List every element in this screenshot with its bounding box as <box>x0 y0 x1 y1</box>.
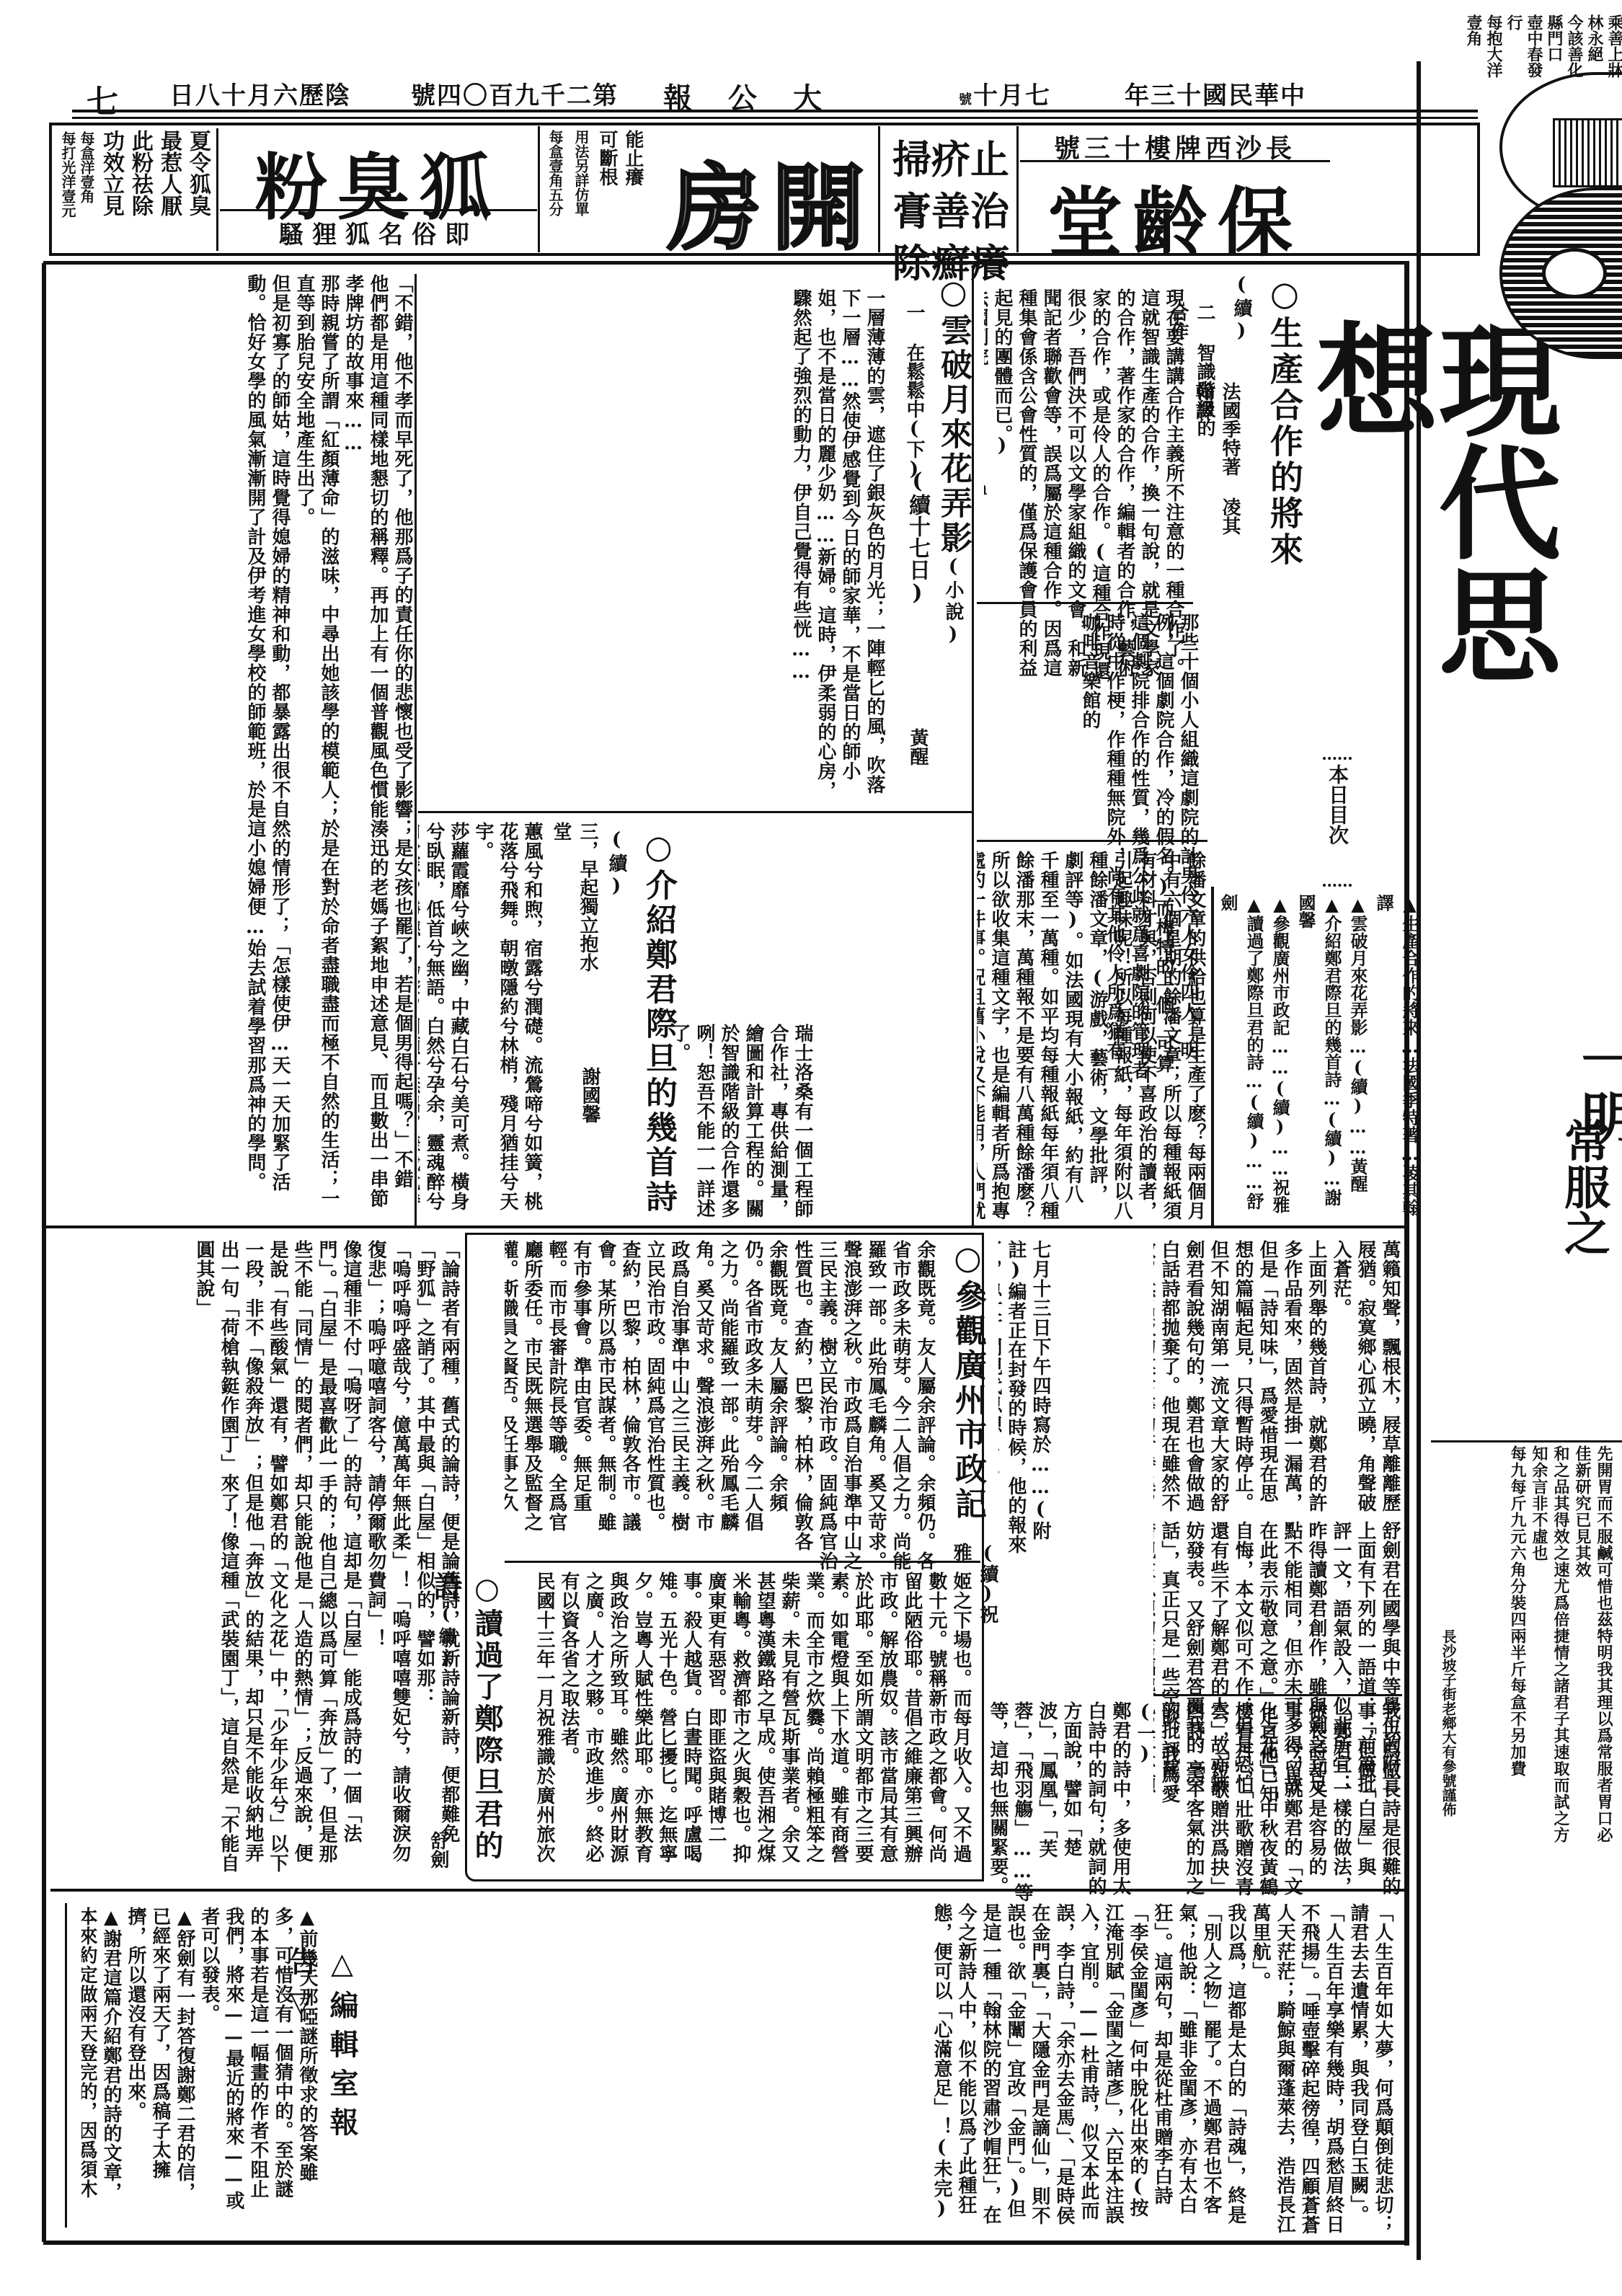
baoling-title: 保齡堂 <box>1020 162 1330 249</box>
side-ad-seller: 長沙坡子街老鄉大有參號謹佈 <box>1438 1629 1459 1918</box>
lunar-date: 陰歷六月十八日 <box>169 76 351 111</box>
intro-poems-title: ○介紹鄭君際旦的幾首詩(續) <box>598 829 681 1218</box>
novel-bottom-rule <box>418 811 973 813</box>
toc-item[interactable]: ▲生產合作的將來…法國季特著…凌其翰譯 <box>1370 894 1422 1218</box>
novel-title: ○雲破月來花弄影(小說) <box>930 274 976 706</box>
ad-divider-1 <box>538 126 540 252</box>
intro-poems-author: 謝國馨 <box>577 1067 603 1153</box>
masthead-rule <box>72 110 1478 112</box>
guangzhou-frame <box>465 1233 984 1881</box>
toc-divider <box>1211 887 1214 1225</box>
frame-left <box>42 263 46 2242</box>
masthead-rule-thin <box>72 117 1478 119</box>
coop-section: 二 智識階級的合作 <box>1189 303 1218 447</box>
fox-powder-subtitle: 即俗名狐狸騷 <box>220 215 537 250</box>
itch-ad-title: 開房 <box>663 133 879 249</box>
swirl-icon <box>1542 248 1607 298</box>
fox-powder-divider <box>220 209 537 211</box>
coop-article-body-3: 餘潘文章的供給也算是生產了麽？每兩個月中有六個星期的餘潘文章；所以每種報紙須有材… <box>977 851 1207 1222</box>
poem-heading: 三，早起獨立抱水堂 <box>548 822 601 980</box>
side-ad-rule <box>1431 1440 1622 1442</box>
novel-installment: (續十七日) <box>901 469 933 613</box>
editor-notice-item: ▲前幾天那啞謎所徵求的答案雖多，可惜沒有一個猜中的。至於謎的本事若是這一幅畫的作… <box>197 1907 319 2217</box>
reading-poems-body-2: 「人生百年如大夢，何爲顛倒徒悲切；請君去去遺情累，與我同登白玉闕」。「人生百年享… <box>400 1903 1395 2235</box>
frame-top <box>43 261 1409 265</box>
baoling-address: 長沙西牌樓十三號 <box>1020 128 1330 162</box>
editor-notice-items: ▲前幾天那啞謎所徵求的答案雖多，可惜沒有一個猜中的。至於謎的本事若是這一幅畫的作… <box>81 1907 319 2217</box>
itch-ad-slogan: 掃疥止膏善治 除癬癢 <box>883 133 1009 249</box>
guangzhou-postscript: 七月十三日下午四時寫於……(附註)編者正在封發的時候，他的報來了，急忙打開現代思… <box>998 1240 1052 1579</box>
side-ad-border <box>1417 61 1421 2260</box>
novel-author: 黃醒 <box>905 728 931 793</box>
table-of-contents: ▲生產合作的將來…法國季特著…凌其翰譯 ▲雲破月來花弄影…(續)……黃醒 ▲介紹… <box>1215 894 1422 1218</box>
reading-poems-body-4: 我以爲做長詩是很難的事；但做「白屋」與「鄭君」一樣的做法，做長詩却又是容易的事。… <box>988 1701 1402 1903</box>
coop-byline: 法國季特著 凌其翰譯 <box>1215 382 1244 541</box>
coop-rule <box>977 602 1193 604</box>
toc-header: 本日目次 <box>1323 757 1352 887</box>
intro-poems-body: 蕙風兮和煦，宿露兮潤礎。流鶯啼兮如簧，桃花落兮飛舞。朝暾隱約兮林梢，殘月猶挂兮天… <box>418 822 544 1218</box>
ad-divider-2 <box>878 126 880 252</box>
frame-bottom <box>43 2240 1409 2245</box>
novel-body-1: 一層薄薄的雲，遮住了銀灰色的月光；一陣輕匕的風，吹落下一層……然使伊感覺到今日的… <box>418 288 887 807</box>
fox-powder-price: 每盒洋壹角 每打光洋壹元 <box>58 131 96 250</box>
editor-notice-box: △編輯室報告▽ ▲前幾天那啞謎所徵求的答案雖多，可惜沒有一個猜中的。至於謎的本事… <box>65 1903 370 2228</box>
side-ad-body: 先開胃而不服鹹可惜也茲特明我其理以爲常服者胃口必佳新研究已見其效 和之品其得效之… <box>1499 1445 1615 1849</box>
fox-powder-body: 夏令狐臭 最惹人厭 此粉祛除 功效立見 <box>97 130 212 249</box>
itch-ad-side: 能止癢 可斷根 用法另詳仿單 每盒壹角五分 <box>542 130 646 249</box>
side-ad-slogan: 雖在夏季亦可常服之 <box>1550 1117 1622 1420</box>
col-divider-b <box>415 274 417 1225</box>
issue-date: 七月十號 <box>959 76 1051 111</box>
commentary-right: 萬籟知聲，飄根木，屐草離離歷屐猶。寂寞鄉心孤立曉，角聲破入蒼茫。 上面列舉的幾首… <box>1153 1240 1402 1514</box>
reading-poems-rule <box>1153 1694 1402 1696</box>
editor-notice-item: ▲舒劍有一封答復謝鄭二君的信，已經來了兩天了，因爲稿子太擁擠，所以還沒有登出來。 <box>123 1907 197 2217</box>
toc-item[interactable]: ▲雲破月來花弄影…(續)……黃醒 <box>1344 894 1370 1218</box>
novel-body-2: 「不錯，他不孝而早死了，他那爲子的責任你的悲懷也受了影響；是女孩也罷了，若是個男… <box>61 274 415 1218</box>
coop-rule-2 <box>977 840 1207 842</box>
issue-number: 第二千九百〇四號 <box>411 76 619 111</box>
building-icon <box>1553 118 1622 187</box>
toc-item[interactable]: ▲介紹鄭君際旦的幾首詩…(續)…謝國馨 <box>1293 894 1344 1218</box>
toc-item[interactable]: ▲參觀廣州市政記……(續)……祝雅 <box>1267 894 1293 1218</box>
fox-powder-title: 狐臭粉 <box>220 130 537 216</box>
editor-notice-item: ▲謝君這篇介紹鄭君的詩的文章，本來約定做兩天登完的，因爲須木刻的字太多了，刻字房… <box>81 1907 123 2217</box>
supplement-title: 現代思想 <box>1305 317 1550 764</box>
toc-item[interactable]: ▲讀過了鄭際旦君的詩…(續)……舒劍 <box>1215 894 1267 1218</box>
republic-year: 中華民國十三年 <box>1125 76 1306 111</box>
ad-divider-3 <box>1016 126 1019 252</box>
reading-poems-body-1: 「論詩者有兩種，舊式的論詩，便是論舊詩，就新詩論新詩，便都難免「野狐」之誚了。其… <box>58 1240 461 1874</box>
page-number: 七 <box>87 76 120 122</box>
fox-powder-ad-text: 夏令狐臭 最惹人厭 此粉祛除 功效立見 每盒洋壹角 每打光洋壹元 <box>54 128 218 251</box>
mid-rule <box>43 1225 1406 1228</box>
